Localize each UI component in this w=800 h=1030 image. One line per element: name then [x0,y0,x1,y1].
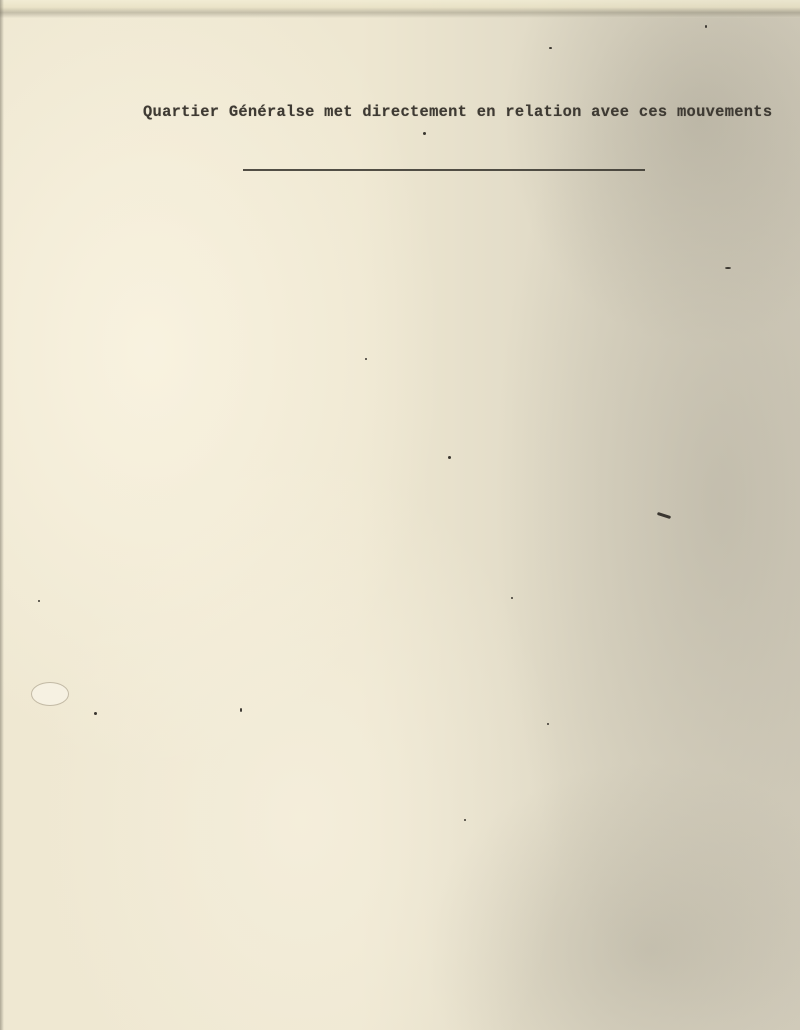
ink-speck [511,597,513,599]
page-left-edge [0,0,4,1030]
ink-speck [240,708,242,712]
paper-hole-blemish [32,683,68,705]
ink-speck [94,712,97,715]
page-top-edge [0,0,800,18]
ink-speck [549,47,552,49]
ink-speck [448,456,451,459]
ink-speck [423,132,426,135]
ink-speck [464,819,466,821]
ink-speck [38,600,40,602]
ink-speck [365,358,367,360]
horizontal-rule [243,169,645,171]
ink-speck [705,25,707,28]
paper-background [0,0,800,1030]
ink-speck [547,723,549,725]
ink-speck [725,267,731,269]
typed-text-line: Quartier Généralse met directement en re… [143,103,772,121]
